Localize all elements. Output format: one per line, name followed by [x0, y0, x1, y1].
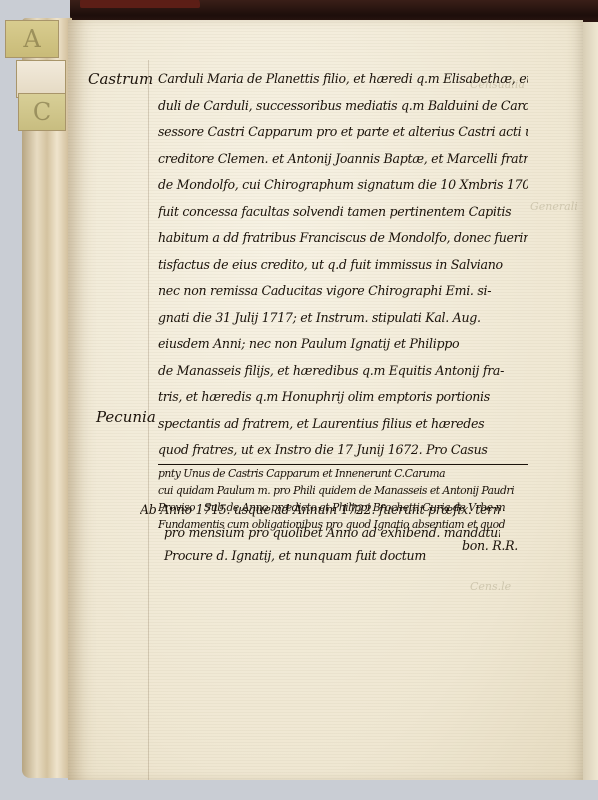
entry-line-small: pnty Unus de Castris Capparum et Innener…: [158, 465, 528, 482]
entry-line: gnati die 31 Julij 1717; et Instrum. sti…: [158, 305, 528, 332]
bleed-through-text: Generali: [530, 200, 578, 213]
page-stack-edges: [22, 18, 72, 778]
entry-line: Procure d. Ignatij, et nunquam fuit doct…: [140, 544, 500, 567]
entry-line: eiusdem Anni; nec non Paulum Ignatij et …: [158, 331, 528, 358]
background-bottom: [60, 780, 598, 800]
index-tab-label: A: [23, 25, 40, 53]
entry-line: Carduli Maria de Planettis filio, et hær…: [158, 66, 528, 93]
entry-line: fuit concessa facultas solvendi tamen pe…: [158, 199, 528, 226]
entry-line: habitum a dd fratribus Franciscus de Mon…: [158, 225, 528, 252]
entry-line: pro mensium pro quolibet Anno ad exhiben…: [140, 521, 500, 544]
margin-note-pecunia: Pecunia: [96, 408, 156, 426]
entry-line: creditore Clemen. et Antonij Joannis Bap…: [158, 146, 528, 173]
book-binding-top: [70, 0, 598, 22]
entry-line: de Manasseis filijs, et hæredibus q.m Eq…: [158, 358, 528, 385]
index-tab-c[interactable]: C: [18, 93, 66, 131]
entry-line: tisfactus de eius credito, ut q.d fuit i…: [158, 252, 528, 279]
index-tab-a[interactable]: A: [5, 20, 59, 58]
bleed-through-text: Cens.le: [470, 580, 511, 593]
second-entry: Ab Anno 1715. usque ad Annum 1722. fueru…: [140, 498, 500, 567]
entry-line: tris, et hæredis q.m Honuphrij olim empt…: [158, 384, 528, 411]
entry-line: nec non remissa Caducitas vigore Chirogr…: [158, 278, 528, 305]
entry-line: duli de Carduli, successoribus mediatis …: [158, 93, 528, 120]
index-tab-label: C: [33, 98, 51, 126]
margin-note-castrum: Castrum: [88, 70, 153, 88]
entry-line-small: cui quidam Paulum m. pro Phili quidem de…: [158, 482, 528, 499]
entry-line: de Mondolfo, cui Chirographum signatum d…: [158, 172, 528, 199]
entry-line: spectantis ad fratrem, et Laurentius fil…: [158, 411, 528, 438]
facing-page-edge: [583, 22, 598, 782]
main-entry: Carduli Maria de Planettis filio, et hær…: [158, 66, 528, 559]
entry-line: quod fratres, ut ex Instro die 17 Junij …: [158, 437, 528, 465]
entry-line: Ab Anno 1715. usque ad Annum 1722. fueru…: [140, 498, 500, 521]
entry-line: sessore Castri Capparum pro et parte et …: [158, 119, 528, 146]
